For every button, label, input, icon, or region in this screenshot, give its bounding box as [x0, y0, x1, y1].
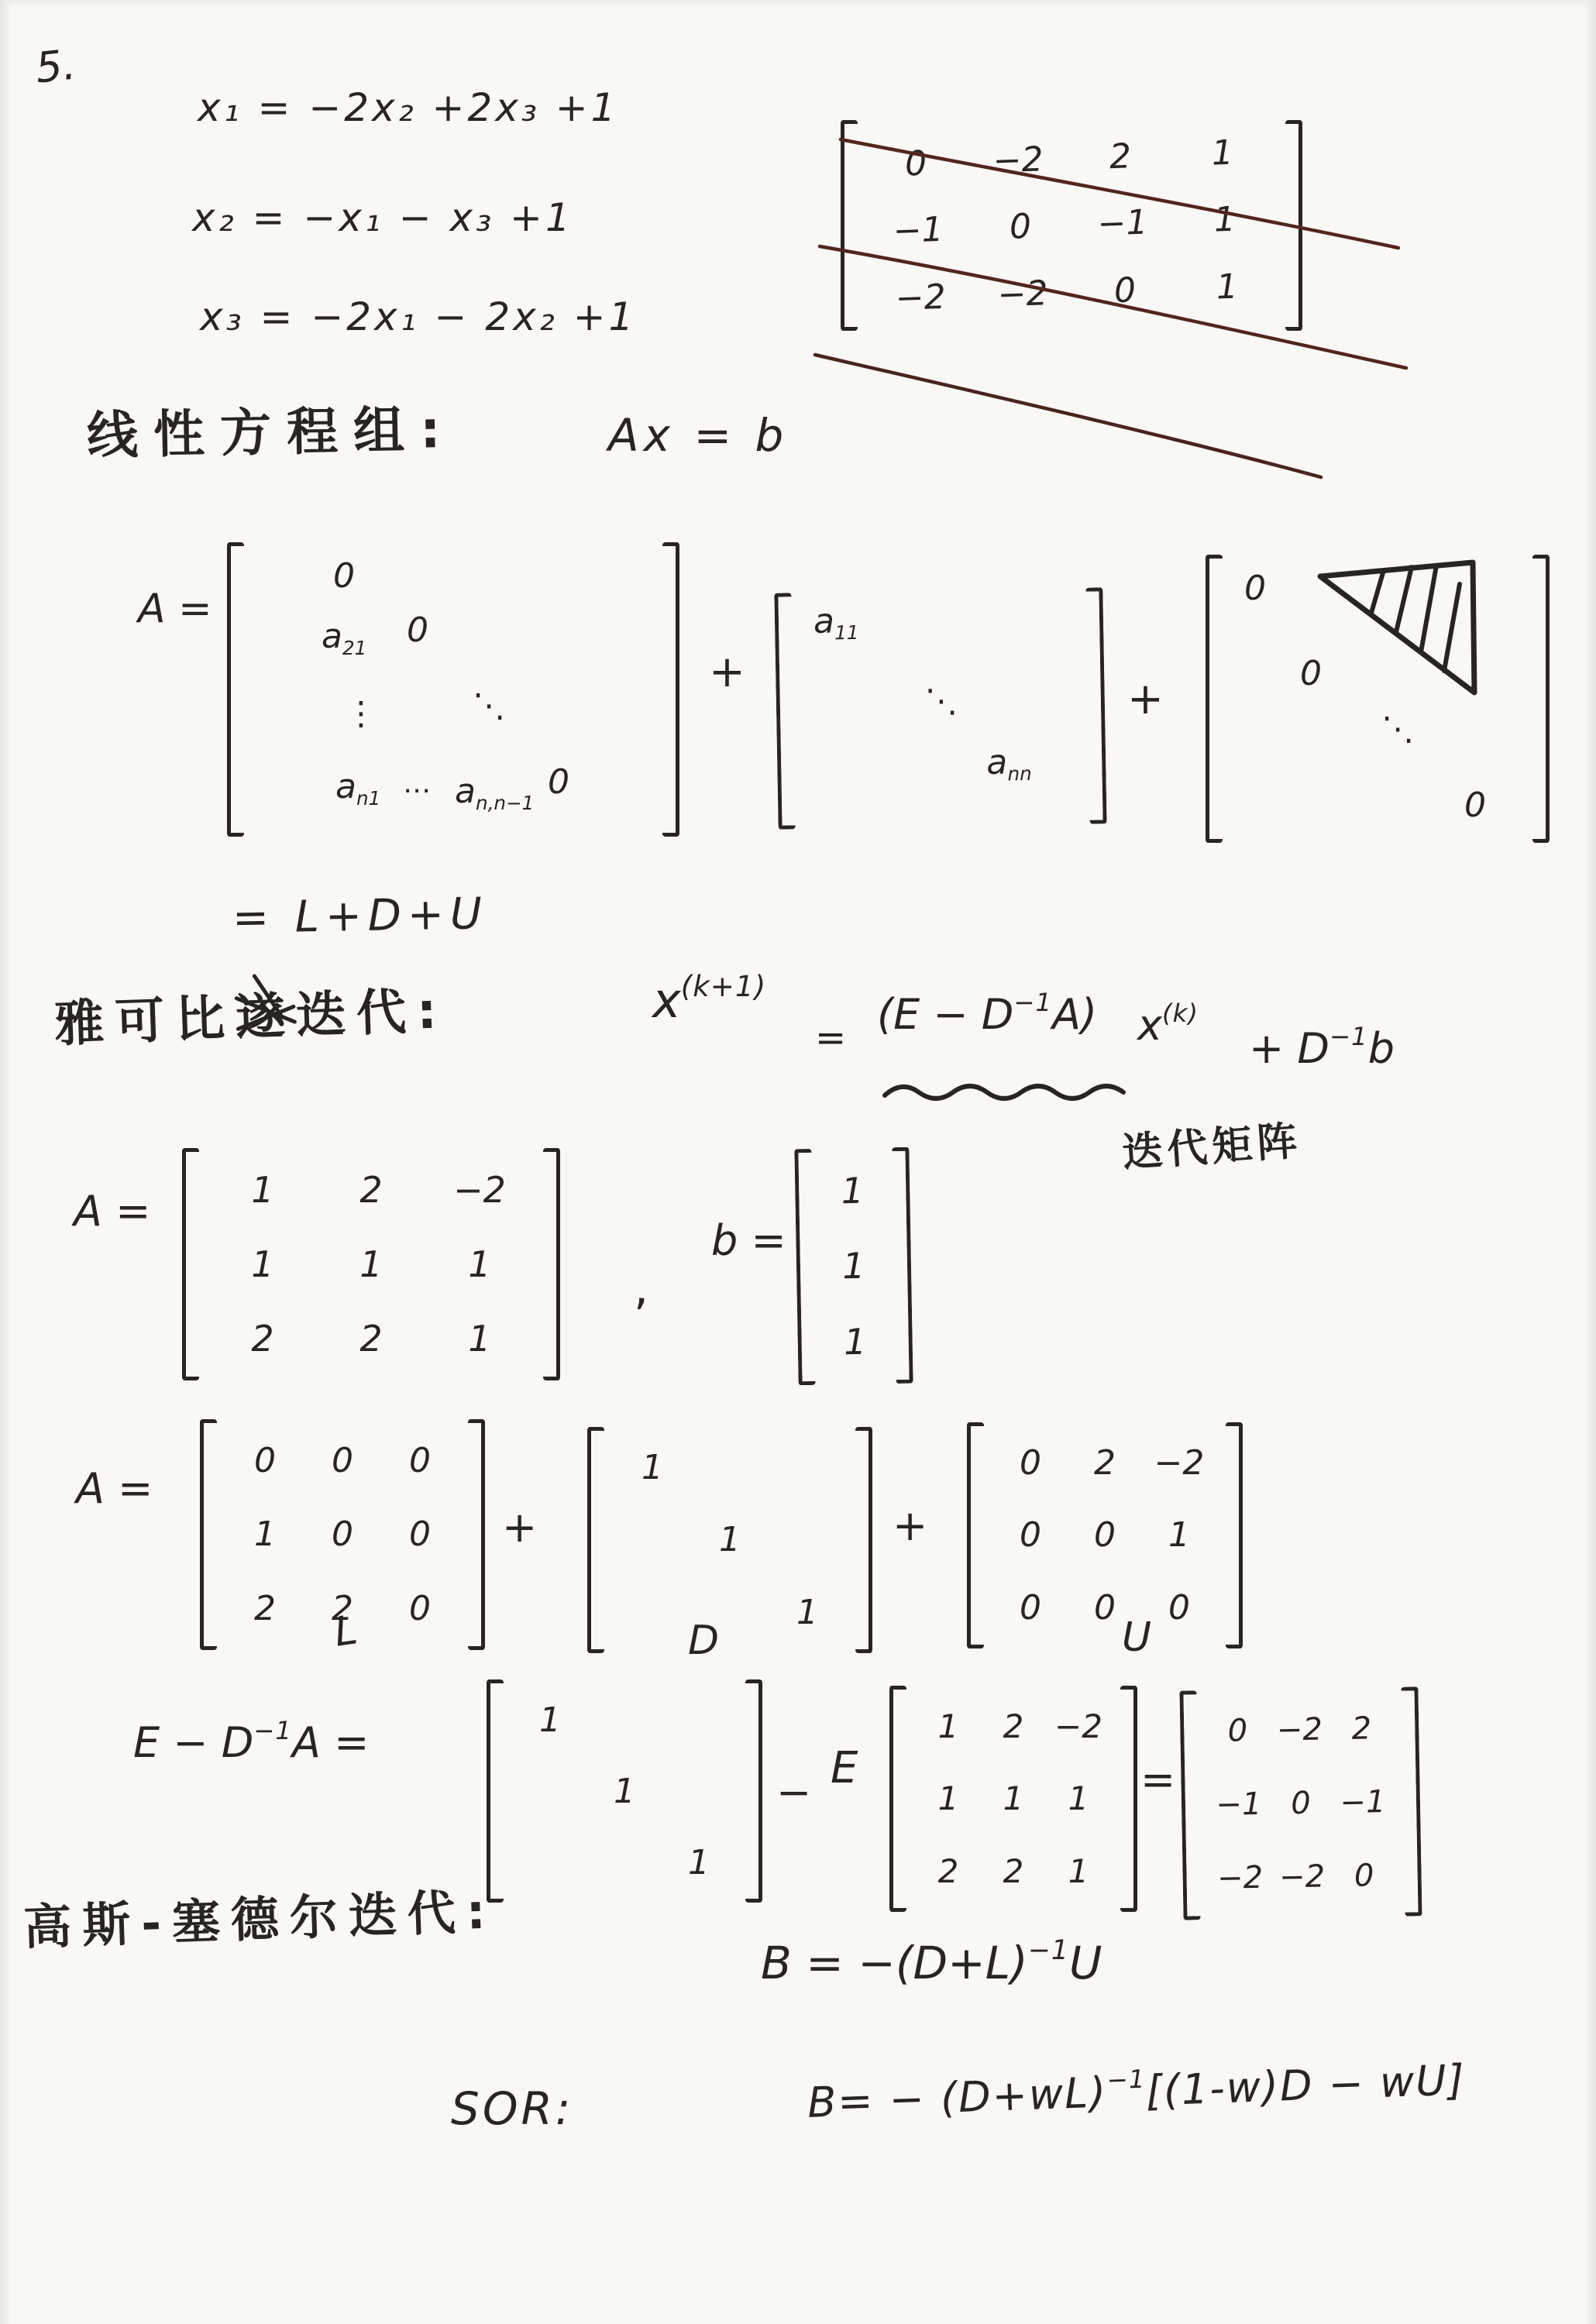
- matrix-cell: 0: [1300, 654, 1322, 693]
- comma: ,: [634, 1261, 648, 1315]
- label-D: D: [688, 1618, 719, 1664]
- matrix-row: 1: [614, 1593, 846, 1632]
- matrix-cell: 1: [981, 1779, 1046, 1817]
- matrix-row: 111: [916, 1779, 1111, 1817]
- matrix-row: 1: [513, 1700, 736, 1740]
- matrix-row: 02−2: [993, 1443, 1216, 1483]
- matrix-row: 1: [614, 1520, 846, 1559]
- matrix-U-numeric: 02−2001000: [967, 1422, 1243, 1648]
- matrix-cell: [769, 1520, 846, 1559]
- matrix-b: 111: [794, 1147, 913, 1386]
- matrix-cell: 0: [1464, 786, 1486, 825]
- matrix-cell: 1: [769, 1593, 846, 1632]
- subscript: nn: [1007, 762, 1032, 786]
- matrix-row: 221: [916, 1852, 1111, 1890]
- matrix-cell: 1: [425, 1318, 534, 1360]
- matrix-bracket-left: [227, 542, 244, 837]
- matrix-row: 1: [513, 1772, 736, 1811]
- matrix-cell: 0: [1244, 569, 1266, 608]
- jacobi-tail: + D−1b: [1249, 1024, 1395, 1073]
- matrix-cell: an1: [335, 767, 380, 806]
- matrix-cell: a21: [322, 617, 366, 656]
- matrix-cell: 2: [208, 1318, 317, 1360]
- matrix-cell: [513, 1772, 587, 1811]
- matrix-row: 0−22: [1206, 1710, 1393, 1749]
- matrix-bracket-left: [487, 1679, 504, 1903]
- subscript: n,n−1: [476, 792, 534, 814]
- matrix-cell: 0: [381, 1441, 459, 1480]
- subscript: 11: [834, 621, 859, 645]
- matrix-cell: 1: [916, 1779, 981, 1817]
- matrix-bracket-right: [892, 1147, 913, 1384]
- matrix-cell: 1: [208, 1243, 317, 1285]
- matrix-cell: 2: [1330, 1710, 1393, 1747]
- matrix-row: 001: [993, 1515, 1216, 1555]
- subscript: n1: [356, 787, 380, 810]
- diagonal-dots: ⋱: [1381, 710, 1414, 748]
- matrix-bracket-right: [662, 542, 679, 837]
- matrix-bracket-right: [1401, 1686, 1422, 1916]
- symbol-E: E: [831, 1743, 858, 1793]
- matrix-cell: ann: [986, 742, 1032, 782]
- section-label-linear-system: 线性方程组:: [86, 388, 456, 468]
- matrix-cell: [691, 1448, 769, 1487]
- matrix-cell: −1: [1332, 1784, 1395, 1820]
- matrix-A-2: 12−2111221: [889, 1686, 1137, 1912]
- jacobi-xk: x(k): [1137, 1001, 1199, 1050]
- matrix-cell: −1: [1208, 1786, 1271, 1823]
- matrix-bracket-right: [745, 1679, 762, 1903]
- matrix-cell: 0: [548, 762, 569, 802]
- matrix-cell: 1: [513, 1700, 587, 1740]
- matrix-bracket-right: [1532, 555, 1550, 843]
- matrix-bracket-left: [889, 1686, 906, 1912]
- matrix-cell: 1: [821, 1169, 884, 1212]
- matrix-row: 1: [824, 1320, 886, 1363]
- matrix-cell: 1: [587, 1772, 662, 1811]
- matrix-result: 0−22−10−1−2−20: [1179, 1686, 1422, 1920]
- matrix-row: −10−1: [1208, 1784, 1395, 1823]
- matrix-D-numeric: 111: [587, 1427, 872, 1653]
- matrix-D-symbolic: a11 ⋱ ann: [774, 587, 1106, 829]
- matrix-row: 12−2: [916, 1707, 1111, 1745]
- matrix-cell: 2: [981, 1707, 1046, 1745]
- matrix-cell: [587, 1700, 662, 1740]
- matrix-row: 1: [513, 1843, 736, 1882]
- matrix-cell: −2: [1046, 1707, 1111, 1745]
- matrix-cell: 1: [824, 1320, 886, 1363]
- hatch-triangle: [1314, 556, 1481, 703]
- matrix-cell: [662, 1700, 736, 1740]
- equals-sign: =: [1140, 1755, 1175, 1804]
- superscript: −1: [1106, 2064, 1146, 2095]
- matrix-bracket-left: [182, 1148, 199, 1380]
- matrix-cell: 1: [916, 1707, 981, 1745]
- matrix-cell: 0: [1270, 1785, 1333, 1821]
- matrix-cell: 1: [425, 1243, 534, 1285]
- matrix-U-symbolic: 0 0 ⋱ 0: [1206, 555, 1550, 843]
- matrix-bracket-left: [967, 1422, 984, 1648]
- matrix-bracket-left: [587, 1427, 604, 1653]
- matrix-cell: 0: [333, 556, 355, 596]
- iteration-matrix-term: (E − D−1A): [877, 990, 1097, 1039]
- matrix-cell: 0: [1068, 1515, 1142, 1555]
- matrix-cell: 0: [993, 1515, 1068, 1555]
- matrix-cell: [614, 1520, 691, 1559]
- matrix-cell: 1: [662, 1843, 736, 1882]
- iter-calc-lhs: E − D−1A =: [133, 1718, 369, 1767]
- matrix-L-symbolic: 0 a21 0 ⋮ ⋱ an1 ⋯ an,n−1 0: [227, 542, 679, 837]
- matrix-cell: [513, 1843, 587, 1882]
- matrix-bracket-right: [468, 1419, 485, 1650]
- matrix-row: 000: [993, 1588, 1216, 1628]
- matrix-cell: [769, 1448, 846, 1487]
- matrix-cell: 0: [381, 1514, 459, 1554]
- matrix-bracket-right: [543, 1148, 560, 1380]
- matrix-cell: −2: [1271, 1858, 1333, 1895]
- wavy-underline: [880, 1075, 1136, 1106]
- equation-x3: x₃ = −2x₁ − 2x₂ +1: [200, 294, 636, 339]
- matrix-cell: 1: [691, 1520, 769, 1559]
- matrix-row: 12−2: [208, 1169, 534, 1211]
- matrix-cell: 2: [317, 1169, 425, 1211]
- diagonal-dots: ⋱: [473, 686, 505, 724]
- plus-operator: +: [893, 1501, 927, 1550]
- matrix-cell: [662, 1772, 736, 1811]
- jacobi-label: 雅可比遂迭代:: [53, 971, 449, 1056]
- notebook-page: 5. x₁ = −2x₂ +2x₃ +1 x₂ = −x₁ − x₃ +1 x₃…: [0, 0, 1596, 2324]
- matrix-row: 100: [226, 1514, 459, 1554]
- example-A-label: A =: [74, 1187, 150, 1236]
- jacobi-label-part1: 雅可比: [53, 990, 236, 1054]
- matrix-row: 1: [614, 1448, 846, 1487]
- matrix-cell: 0: [304, 1514, 381, 1554]
- superscript: −1: [253, 1716, 292, 1745]
- example-b-label: b =: [711, 1216, 786, 1265]
- matrix-cell: 2: [981, 1852, 1046, 1890]
- matrix-cell: 0: [304, 1441, 381, 1480]
- matrix-bracket-left: [1206, 555, 1223, 843]
- matrix-cell: −2: [425, 1169, 534, 1211]
- matrix-cell: 0: [381, 1589, 459, 1628]
- equation-x2: x₂ = −x₁ − x₃ +1: [192, 195, 573, 240]
- matrix-cell: 0: [1206, 1713, 1269, 1749]
- matrix-cell: −2: [1142, 1443, 1216, 1483]
- matrix-cell: 2: [1068, 1443, 1142, 1483]
- jacobi-lhs: x(k+1): [652, 972, 766, 1029]
- superscript: (k): [1162, 999, 1199, 1028]
- plus-operator: +: [709, 647, 745, 697]
- scribbled-char: 遂: [234, 976, 297, 1050]
- matrix-cell: 1: [226, 1514, 304, 1554]
- matrix-A: 12−2111221: [182, 1148, 560, 1380]
- matrix-row: 221: [208, 1318, 534, 1360]
- numeric-decomp-lhs: A =: [76, 1464, 153, 1513]
- matrix-cell: 1: [1142, 1515, 1216, 1555]
- equation-x1: x₁ = −2x₂ +2x₃ +1: [198, 85, 619, 130]
- matrix-cell: 0: [993, 1588, 1068, 1628]
- matrix-cell: 2: [317, 1318, 425, 1360]
- minus-operator: −: [776, 1768, 811, 1817]
- superscript: −1: [1013, 988, 1052, 1017]
- superscript: −1: [1329, 1022, 1368, 1051]
- gauss-seidel-formula: B = −(D+L)−1U: [761, 1937, 1102, 1989]
- matrix-cell: 1: [317, 1243, 425, 1285]
- matrix-bracket-right: [1226, 1422, 1243, 1648]
- vertical-dots: ⋮: [345, 694, 377, 732]
- label-U: U: [1122, 1614, 1151, 1661]
- matrix-cell: [614, 1593, 691, 1632]
- plus-operator: +: [1127, 674, 1164, 724]
- sor-formula: B= − (D+wL)−1[(1-w)D − wU]: [807, 2055, 1467, 2127]
- strike-lines: [806, 99, 1457, 486]
- gauss-seidel-label: 高斯-塞德尔迭代:: [22, 1872, 497, 1958]
- matrix-cell: an,n−1: [455, 772, 534, 811]
- matrix-row: −2−20: [1209, 1858, 1395, 1896]
- matrix-bracket-left: [200, 1419, 217, 1650]
- matrix-cell: 1: [1046, 1852, 1111, 1890]
- matrix-cell: 1: [1046, 1779, 1111, 1817]
- matrix-cell: 0: [1333, 1858, 1395, 1894]
- sor-label: SOR:: [451, 2082, 573, 2135]
- iteration-matrix-annotation: 迭代矩阵: [1120, 1108, 1304, 1178]
- subscript: 21: [342, 637, 366, 659]
- matrix-row: 000: [226, 1441, 459, 1480]
- matrix-cell: 2: [916, 1852, 981, 1890]
- jacobi-label-part2: 迭代:: [295, 982, 449, 1045]
- superscript: −1: [1028, 1935, 1069, 1966]
- matrix-cell: 2: [226, 1589, 304, 1628]
- matrix-row: 1: [823, 1245, 886, 1287]
- matrix-row: 111: [208, 1243, 534, 1285]
- matrix-cell: −2: [1268, 1712, 1331, 1748]
- matrix-cell: 0: [1142, 1588, 1216, 1628]
- matrix-bracket-right: [855, 1427, 872, 1653]
- matrix-cell: 1: [823, 1245, 886, 1287]
- plus-operator: +: [502, 1503, 537, 1552]
- decomposition-lhs: A =: [138, 586, 212, 632]
- equation-ax-b: Ax = b: [608, 409, 788, 462]
- horizontal-dots: ⋯: [403, 775, 431, 806]
- matrix-cell: 1: [208, 1169, 317, 1211]
- matrix-cell: [587, 1843, 662, 1882]
- matrix-identity: 111: [487, 1679, 762, 1903]
- matrix-bracket-right: [1120, 1686, 1137, 1912]
- problem-number: 5.: [33, 40, 78, 92]
- matrix-cell: 0: [407, 610, 428, 650]
- equals-sign: =: [815, 1016, 846, 1060]
- matrix-cell: a11: [813, 601, 859, 641]
- diagonal-dots: ⋱: [924, 682, 958, 720]
- matrix-cell: 0: [993, 1443, 1068, 1483]
- matrix-cell: −2: [1209, 1859, 1271, 1896]
- matrix-row: 1: [821, 1169, 884, 1212]
- matrix-cell: 0: [226, 1441, 304, 1480]
- matrix-cell: 1: [614, 1448, 691, 1487]
- decomposition-sum: = L+D+U: [232, 889, 488, 944]
- superscript: (k+1): [681, 969, 766, 1003]
